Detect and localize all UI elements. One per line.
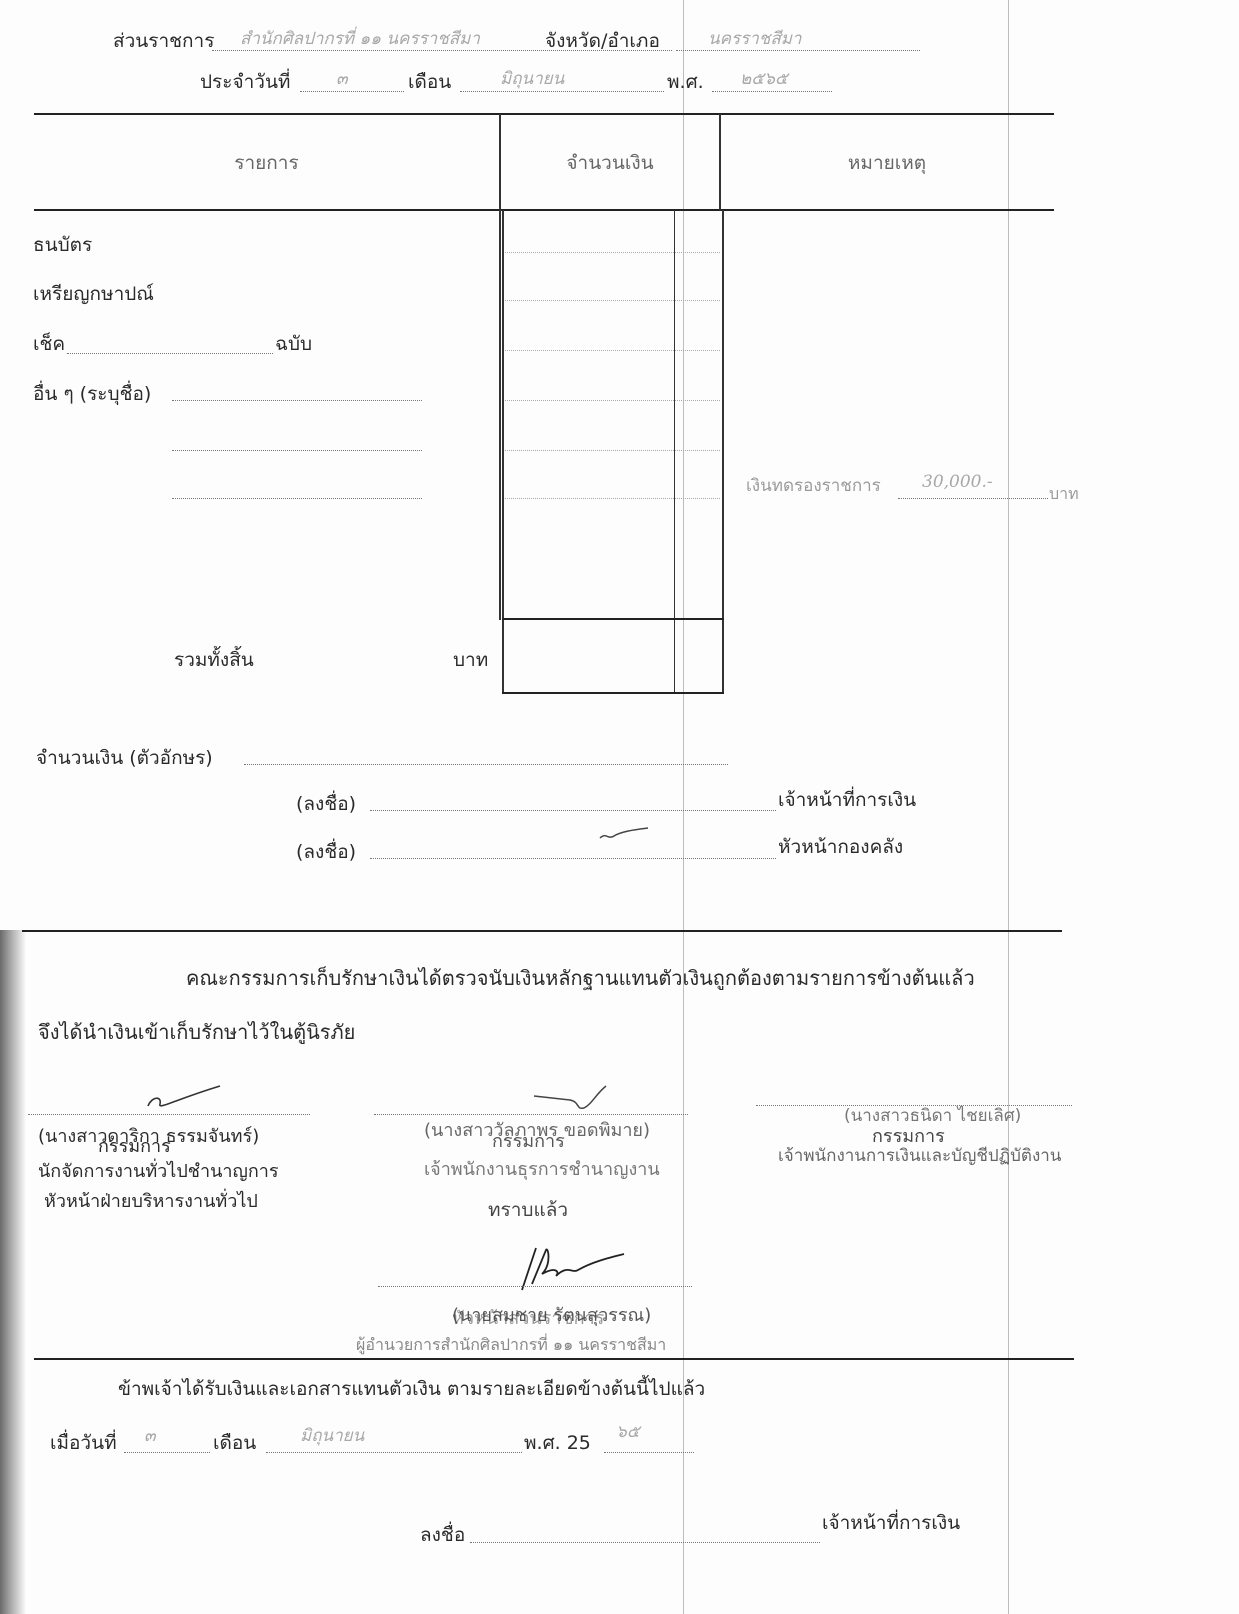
satang-col-divider: [674, 210, 675, 694]
signature-mark: [598, 826, 650, 846]
row-others: อื่น ๆ (ระบุชื่อ): [33, 385, 151, 404]
remark-unit: บาท: [1049, 486, 1079, 502]
day-value: ๓: [336, 71, 348, 88]
receipt-month-value: มิถุนายน: [300, 1428, 364, 1445]
director-role: หัวหน้าส่วนราชการ: [452, 1310, 604, 1328]
member-2-role: กรรมการ: [492, 1133, 565, 1151]
amount-cell[interactable]: [505, 450, 720, 451]
amount-cell[interactable]: [505, 498, 720, 499]
total-top-border: [502, 618, 724, 620]
province-value: นครราชสีมา: [708, 31, 801, 48]
receipt-statement: ข้าพเจ้าได้รับเงินและเอกสารแทนตัวเงิน ตา…: [118, 1380, 705, 1399]
total-label: รวมทั้งสิ้น: [174, 651, 254, 670]
sign-prefix-finance: (ลงชื่อ): [296, 795, 356, 814]
month-label: เดือน: [408, 73, 451, 92]
year-value: ๒๕๖๕: [740, 71, 788, 88]
sign-prefix-treasury: (ลงชื่อ): [296, 843, 356, 862]
remark-amount-field[interactable]: [898, 498, 1048, 499]
total-bottom-border: [502, 692, 724, 694]
scan-artifact-line: [683, 0, 684, 1614]
province-field[interactable]: [676, 50, 920, 51]
receipt-day-field[interactable]: [124, 1452, 210, 1453]
month-field[interactable]: [460, 91, 664, 92]
scan-artifact-line: [1008, 0, 1009, 1614]
signature-mark: [144, 1082, 224, 1116]
others-field-1[interactable]: [172, 400, 422, 401]
acknowledged-label: ทราบแล้ว: [488, 1201, 568, 1220]
remark-label: เงินทดรองราชการ: [746, 478, 881, 495]
section-divider: [34, 1358, 1074, 1360]
province-label: จังหวัด/อำเภอ: [545, 32, 660, 51]
table-top-border: [34, 113, 1054, 115]
member-1-role: กรรมการ: [98, 1138, 171, 1156]
column-header-items: รายการ: [34, 154, 499, 173]
amount-words-field[interactable]: [244, 764, 728, 765]
amount-cell[interactable]: [505, 300, 720, 301]
director-sign-field[interactable]: [378, 1286, 692, 1287]
agency-label: ส่วนราชการ: [113, 32, 214, 51]
member-1-position-2: หัวหน้าฝ่ายบริหารงานทั่วไป: [44, 1193, 258, 1211]
receipt-year-field[interactable]: [604, 1452, 694, 1453]
year-label: พ.ศ.: [667, 73, 704, 92]
amount-col-right: [722, 210, 724, 694]
row-coins: เหรียญกษาปณ์: [33, 285, 154, 304]
column-header-remarks: หมายเหตุ: [720, 154, 1054, 173]
committee-statement-line2: จึงได้นำเงินเข้าเก็บรักษาไว้ในตู้นิรภัย: [38, 1022, 355, 1042]
others-field-3[interactable]: [172, 498, 422, 499]
receipt-month-label: เดือน: [213, 1434, 256, 1453]
receipt-year-label: พ.ศ. 25: [524, 1434, 591, 1453]
receipt-year-value: ๖๕: [616, 1424, 640, 1441]
receipt-sign-prefix: ลงชื่อ: [420, 1526, 465, 1545]
amount-col-left: [502, 210, 504, 694]
sign-field-treasury[interactable]: [370, 858, 776, 859]
scan-edge-shadow: [0, 930, 26, 1614]
row-banknotes: ธนบัตร: [33, 236, 92, 255]
amount-cell[interactable]: [505, 252, 720, 253]
agency-value: สำนักศิลปากรที่ ๑๑ นครราชสีมา: [240, 31, 480, 48]
director-signature: [512, 1244, 632, 1298]
day-label: ประจำวันที่: [200, 73, 290, 92]
cheque-count-field[interactable]: [67, 353, 273, 354]
amount-words-label: จำนวนเงิน (ตัวอักษร): [36, 749, 213, 768]
day-field[interactable]: [300, 91, 404, 92]
director-position: ผู้อำนวยการสำนักศิลปากรที่ ๑๑ นครราชสีมา: [356, 1337, 666, 1353]
member-1-sign-field[interactable]: [28, 1114, 310, 1115]
others-field-2[interactable]: [172, 450, 422, 451]
year-field[interactable]: [712, 91, 832, 92]
row-cheque-suffix: ฉบับ: [275, 335, 312, 354]
member-3-position-1: เจ้าพนักงานการเงินและบัญชีปฏิบัติงาน: [778, 1148, 1061, 1165]
sign-role-treasury: หัวหน้ากองคลัง: [778, 838, 903, 857]
total-unit: บาท: [453, 651, 488, 670]
remark-amount-value: 30,000.-: [922, 474, 993, 491]
receipt-sign-field[interactable]: [470, 1542, 820, 1543]
receipt-day-value: ๓: [144, 1428, 156, 1445]
month-value: มิถุนายน: [500, 71, 564, 88]
member-3-role: กรรมการ: [872, 1128, 945, 1146]
committee-statement-line1: คณะกรรมการเก็บรักษาเงินได้ตรวจนับเงินหลั…: [186, 968, 975, 988]
receipt-sign-role: เจ้าหน้าที่การเงิน: [822, 1514, 960, 1533]
member-1-position-1: นักจัดการงานทั่วไปชำนาญการ: [38, 1163, 279, 1181]
member-2-sign-field[interactable]: [374, 1114, 688, 1115]
member-3-name: (นางสาวธนิดา ไชยเลิศ): [844, 1108, 1021, 1125]
member-2-position-1: เจ้าพนักงานธุรการชำนาญงาน: [424, 1161, 660, 1179]
signature-mark: [530, 1082, 610, 1116]
table-divider: [499, 114, 501, 620]
section-divider: [22, 930, 1062, 932]
sign-field-finance[interactable]: [370, 810, 776, 811]
column-header-amount: จำนวนเงิน: [500, 154, 720, 173]
receipt-month-field[interactable]: [266, 1452, 522, 1453]
table-header-bottom-border: [34, 209, 1054, 211]
receipt-day-label: เมื่อวันที่: [50, 1434, 117, 1453]
amount-cell[interactable]: [505, 400, 720, 401]
sign-role-finance: เจ้าหน้าที่การเงิน: [778, 791, 916, 810]
amount-cell[interactable]: [505, 350, 720, 351]
row-cheque: เช็ค: [33, 335, 65, 354]
